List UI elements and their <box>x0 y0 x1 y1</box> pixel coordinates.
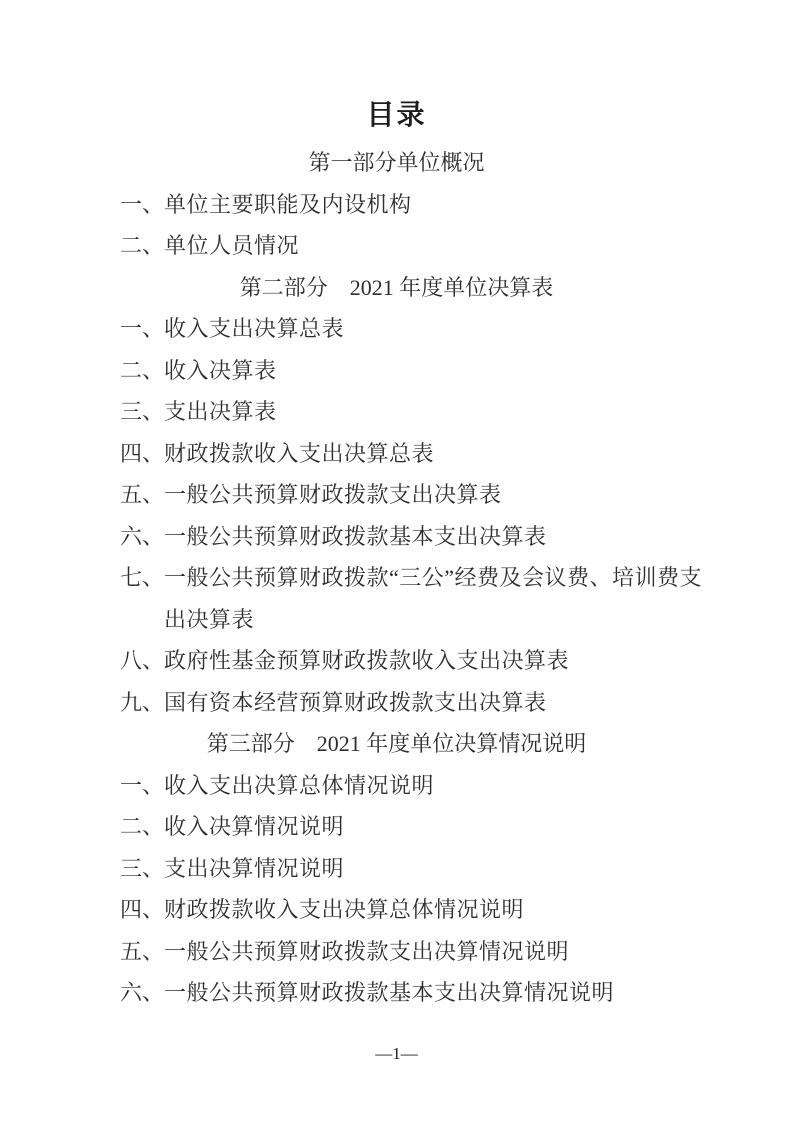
toc-item-text: 单位主要职能及内设机构 <box>164 184 718 226</box>
toc-item-text: 收入决算情况说明 <box>164 806 718 848</box>
section-heading-1: 第一部分单位概况 <box>0 142 793 184</box>
toc-item: 一、单位主要职能及内设机构 <box>0 184 793 226</box>
toc-item-text: 收入决算表 <box>164 350 718 392</box>
toc-item-number: 五、 <box>120 931 164 973</box>
toc-item: 五、一般公共预算财政拨款支出决算表 <box>0 474 793 516</box>
toc-item: 八、政府性基金预算财政拨款收入支出决算表 <box>0 640 793 682</box>
toc-item-number: 三、 <box>120 391 164 433</box>
toc-item-text: 收入支出决算总体情况说明 <box>164 765 718 807</box>
toc-item: 六、一般公共预算财政拨款基本支出决算表 <box>0 516 793 558</box>
page-title: 目录 <box>0 96 793 136</box>
toc-item-text: 一般公共预算财政拨款支出决算情况说明 <box>164 931 718 973</box>
toc-item-text: 政府性基金预算财政拨款收入支出决算表 <box>164 640 718 682</box>
toc-item-number: 二、 <box>120 225 164 267</box>
document-page: 目录 第一部分单位概况一、单位主要职能及内设机构二、单位人员情况第二部分 202… <box>0 0 793 1122</box>
toc-item-text: 一般公共预算财政拨款基本支出决算情况说明 <box>164 972 718 1014</box>
section-heading-2: 第二部分 2021 年度单位决算表 <box>0 267 793 309</box>
toc-item-number: 一、 <box>120 308 164 350</box>
table-of-contents: 第一部分单位概况一、单位主要职能及内设机构二、单位人员情况第二部分 2021 年… <box>0 142 793 1014</box>
toc-item-number: 四、 <box>120 433 164 475</box>
toc-item-text: 国有资本经营预算财政拨款支出决算表 <box>164 682 718 724</box>
toc-item-text: 单位人员情况 <box>164 225 718 267</box>
toc-item-number: 一、 <box>120 184 164 226</box>
toc-item: 四、财政拨款收入支出决算总体情况说明 <box>0 889 793 931</box>
toc-item-text: 财政拨款收入支出决算总表 <box>164 433 718 475</box>
toc-item: 六、一般公共预算财政拨款基本支出决算情况说明 <box>0 972 793 1014</box>
toc-item-number: 三、 <box>120 848 164 890</box>
toc-item-number: 二、 <box>120 806 164 848</box>
toc-item: 四、财政拨款收入支出决算总表 <box>0 433 793 475</box>
toc-item-number: 六、 <box>120 972 164 1014</box>
toc-item-text: 支出决算表 <box>164 391 718 433</box>
toc-item-number: 六、 <box>120 516 164 558</box>
toc-item: 二、收入决算情况说明 <box>0 806 793 848</box>
toc-item-number: 九、 <box>120 682 164 724</box>
toc-item: 九、国有资本经营预算财政拨款支出决算表 <box>0 682 793 724</box>
toc-item-number: 七、 <box>120 557 164 599</box>
page-number: —1— <box>0 1044 793 1064</box>
toc-item: 一、收入支出决算总表 <box>0 308 793 350</box>
toc-item-text: 支出决算情况说明 <box>164 848 718 890</box>
toc-item: 五、一般公共预算财政拨款支出决算情况说明 <box>0 931 793 973</box>
toc-item: 一、收入支出决算总体情况说明 <box>0 765 793 807</box>
toc-item: 三、支出决算情况说明 <box>0 848 793 890</box>
toc-item: 二、单位人员情况 <box>0 225 793 267</box>
toc-item-text: 一般公共预算财政拨款支出决算表 <box>164 474 718 516</box>
toc-item-text: 财政拨款收入支出决算总体情况说明 <box>164 889 718 931</box>
section-heading-3: 第三部分 2021 年度单位决算情况说明 <box>0 723 793 765</box>
toc-item-number: 八、 <box>120 640 164 682</box>
toc-item-number: 一、 <box>120 765 164 807</box>
toc-item-number: 五、 <box>120 474 164 516</box>
toc-item-text: 收入支出决算总表 <box>164 308 718 350</box>
toc-item: 三、支出决算表 <box>0 391 793 433</box>
toc-item-number: 二、 <box>120 350 164 392</box>
toc-item-text: 一般公共预算财政拨款“三公”经费及会议费、培训费支出决算表 <box>164 557 718 640</box>
toc-item-text: 一般公共预算财政拨款基本支出决算表 <box>164 516 718 558</box>
toc-item: 七、一般公共预算财政拨款“三公”经费及会议费、培训费支出决算表 <box>0 557 793 640</box>
toc-item-number: 四、 <box>120 889 164 931</box>
toc-item: 二、收入决算表 <box>0 350 793 392</box>
